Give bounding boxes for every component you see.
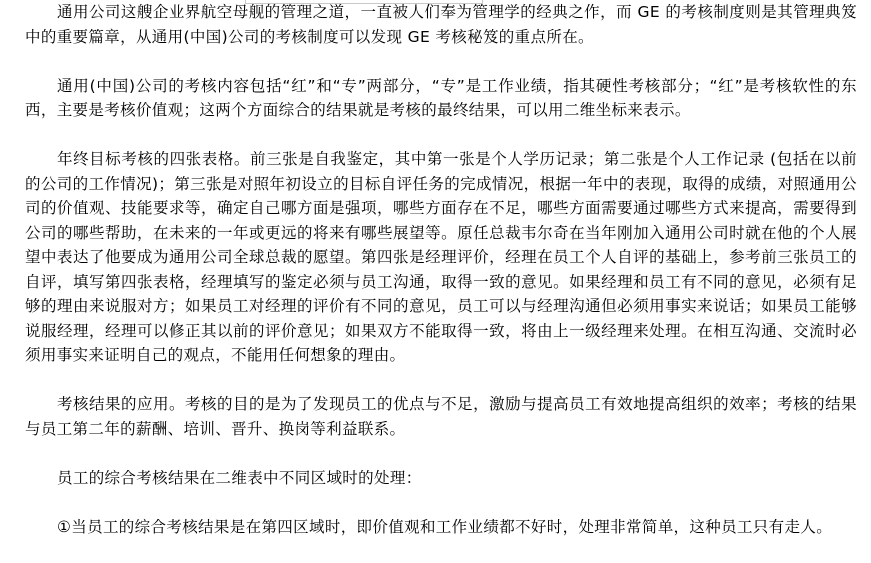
paragraph-spacer bbox=[25, 441, 857, 466]
paragraph-spacer bbox=[25, 49, 857, 74]
paragraph-spacer bbox=[25, 368, 857, 393]
paragraph-four-forms: 年终目标考核的四张表格。前三张是自我鉴定，其中第一张是个人学历记录；第二张是个人… bbox=[25, 147, 857, 368]
paragraph-assessment-content: 通用(中国)公司的考核内容包括“红”和“专”两部分，“专”是工作业绩，指其硬性考… bbox=[25, 74, 857, 123]
paragraph-spacer bbox=[25, 490, 857, 515]
paragraph-zone-handling: 员工的综合考核结果在二维表中不同区域时的处理： bbox=[25, 466, 857, 491]
paragraph-result-application: 考核结果的应用。考核的目的是为了发现员工的优点与不足，激励与提高员工有效地提高组… bbox=[25, 392, 857, 441]
paragraph-zone-four: ①当员工的综合考核结果是在第四区域时，即价值观和工作业绩都不好时，处理非常简单，… bbox=[25, 515, 857, 540]
paragraph-spacer bbox=[25, 123, 857, 148]
document-body: 通用公司这艘企业界航空母舰的管理之道，一直被人们奉为管理学的经典之作，而 GE … bbox=[25, 0, 857, 539]
paragraph-intro: 通用公司这艘企业界航空母舰的管理之道，一直被人们奉为管理学的经典之作，而 GE … bbox=[25, 0, 857, 49]
